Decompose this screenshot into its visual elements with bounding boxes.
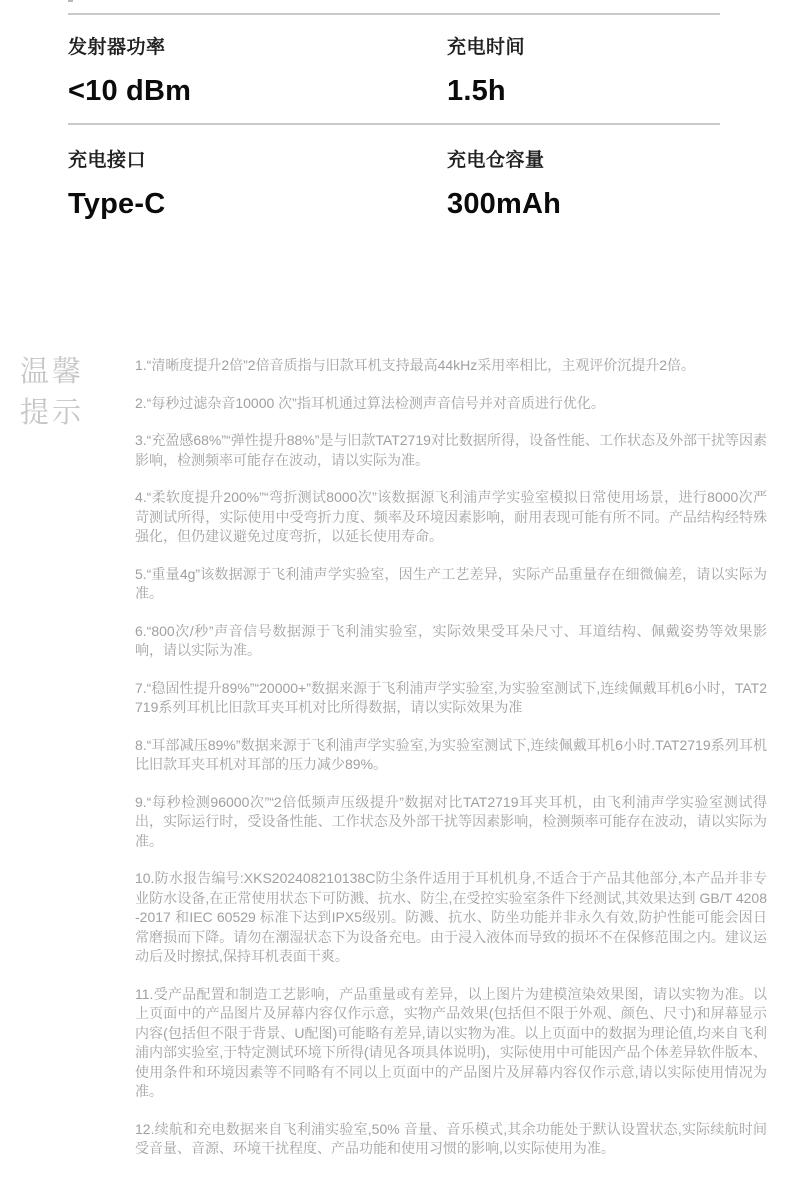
section-divider-top — [68, 13, 720, 15]
spec-label: 充电时间 — [447, 36, 525, 60]
spec-label: 发射器功率 — [68, 36, 191, 60]
tips-heading-line1: 温馨 — [20, 352, 84, 393]
disclaimer-notes: 1.“清晰度提升2倍”2倍音质指与旧款耳机支持最高44kHz采用率相比，主观评价… — [135, 356, 767, 1177]
spec-value: 300mAh — [447, 188, 561, 221]
spec-case-capacity: 充电仓容量 300mAh — [447, 149, 561, 221]
spec-transmitter-power: 发射器功率 <10 dBm — [68, 36, 191, 108]
spec-charging-port: 充电接口 Type-C — [68, 149, 165, 221]
note-item-5: 5.“重量4g”该数据源于飞利浦声学实验室，因生产工艺差异，实际产品重量存在细微… — [135, 565, 767, 604]
note-item-12: 12.续航和充电数据来自飞利浦实验室,50% 音量、音乐模式,其余功能处于默认设… — [135, 1120, 767, 1159]
section-divider-middle — [68, 123, 720, 125]
note-item-2: 2.“每秒过滤杂音10000 次”指耳机通过算法检测声音信号并对音质进行优化。 — [135, 394, 767, 414]
note-item-8: 8.“耳部减压89%”数据来源于飞利浦声学实验室,为实验室测试下,连续佩戴耳机6… — [135, 736, 767, 775]
tips-heading-line2: 提示 — [20, 393, 84, 434]
spec-value: <10 dBm — [68, 75, 191, 108]
top-edge-artifact — [68, 0, 73, 2]
note-item-1: 1.“清晰度提升2倍”2倍音质指与旧款耳机支持最高44kHz采用率相比，主观评价… — [135, 356, 767, 376]
note-item-6: 6.“800次/秒”声音信号数据源于飞利浦实验室，实际效果受耳朵尺寸、耳道结构、… — [135, 622, 767, 661]
spec-label: 充电仓容量 — [447, 149, 561, 173]
note-item-9: 9.“每秒检测96000次”“2倍低频声压级提升”数据对比TAT2719耳夹耳机… — [135, 793, 767, 852]
note-item-4: 4.“柔软度提升200%”“弯折测试8000次”该数据源飞利浦声学实验室模拟日常… — [135, 488, 767, 547]
note-item-7: 7.“稳固性提升89%”“20000+”数据来源于飞利浦声学实验室,为实验室测试… — [135, 679, 767, 718]
note-item-11: 11.受产品配置和制造工艺影响，产品重量或有差异，以上图片为建模渲染效果图，请以… — [135, 985, 767, 1102]
spec-charging-time: 充电时间 1.5h — [447, 36, 525, 108]
spec-value: 1.5h — [447, 75, 525, 108]
spec-value: Type-C — [68, 188, 165, 221]
tips-heading: 温馨 提示 — [20, 352, 84, 434]
note-item-10: 10.防水报告编号:XKS202408210138C防尘条件适用于耳机机身,不适… — [135, 869, 767, 967]
note-item-3: 3.“充盈感68%”“弹性提升88%”是与旧款TAT2719对比数据所得，设备性… — [135, 431, 767, 470]
spec-label: 充电接口 — [68, 149, 165, 173]
